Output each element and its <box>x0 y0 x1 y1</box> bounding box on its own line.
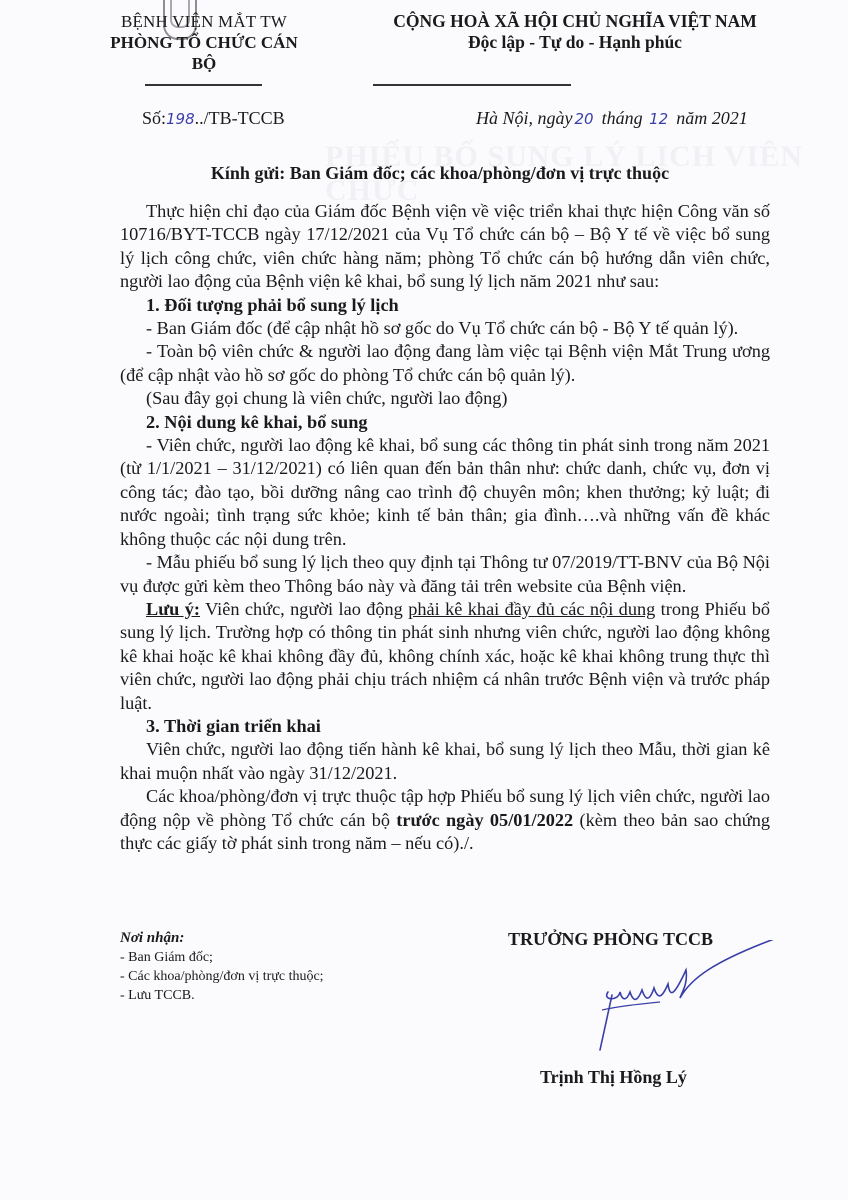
deadline-date: trước ngày 05/01/2022 <box>396 810 573 830</box>
org-line-1: BỆNH VIỆN MẮT TW <box>100 11 308 32</box>
note-emphasis: phải kê khai đầy đủ các nội dung <box>408 599 655 619</box>
date-day: 20 <box>575 110 594 128</box>
section-1-item: (Sau đây gọi chung là viên chức, người l… <box>120 387 770 410</box>
recipients-title: Nơi nhận: <box>120 929 324 948</box>
section-1-item: - Ban Giám đốc (để cập nhật hồ sơ gốc do… <box>120 317 770 340</box>
org-line-2: PHÒNG TỔ CHỨC CÁN BỘ <box>100 32 308 74</box>
section-2-item: - Viên chức, người lao động kê khai, bổ … <box>120 434 770 551</box>
date-line: Hà Nội, ngày20tháng 12năm 2021 <box>476 108 748 129</box>
section-3-heading: 3. Thời gian triển khai <box>120 715 770 738</box>
signature-icon <box>590 940 790 1060</box>
doc-number-prefix: Số: <box>142 108 166 128</box>
date-place: Hà Nội, ngày <box>476 108 573 128</box>
recipient-item: - Các khoa/phòng/đơn vị trực thuộc; <box>120 967 324 986</box>
issuing-org: BỆNH VIỆN MẮT TW PHÒNG TỔ CHỨC CÁN BỘ <box>100 11 308 74</box>
section-1-heading: 1. Đối tượng phải bổ sung lý lịch <box>120 294 770 317</box>
section-2-item: - Mẫu phiếu bổ sung lý lịch theo quy địn… <box>120 551 770 598</box>
national-motto: CỘNG HOÀ XÃ HỘI CHỦ NGHĨA VIỆT NAM Độc l… <box>345 11 805 53</box>
recipients-block: Nơi nhận: - Ban Giám đốc; - Các khoa/phò… <box>120 929 324 1005</box>
section-3-paragraph: Các khoa/phòng/đơn vị trực thuộc tập hợp… <box>120 785 770 855</box>
section-3-paragraph: Viên chức, người lao động tiến hành kê k… <box>120 738 770 785</box>
section-1-item: - Toàn bộ viên chức & người lao động đan… <box>120 340 770 387</box>
doc-number-suffix: ../TB-TCCB <box>195 108 285 128</box>
nation-line-2: Độc lập - Tự do - Hạnh phúc <box>345 32 805 53</box>
note-paragraph: Lưu ý: Viên chức, người lao động phải kê… <box>120 598 770 715</box>
date-month: 12 <box>649 110 668 128</box>
date-month-label: tháng <box>602 108 643 128</box>
intro-paragraph: Thực hiện chỉ đạo của Giám đốc Bệnh viện… <box>120 200 770 294</box>
org-divider <box>145 84 262 86</box>
recipient-item: - Lưu TCCB. <box>120 986 324 1005</box>
section-2-heading: 2. Nội dung kê khai, bổ sung <box>120 411 770 434</box>
note-label: Lưu ý: <box>146 599 200 619</box>
signer-name: Trịnh Thị Hồng Lý <box>540 1067 687 1088</box>
recipient-item: - Ban Giám đốc; <box>120 948 324 967</box>
motto-divider <box>373 84 571 86</box>
doc-number-handwritten: 198 <box>166 110 195 128</box>
document-number: Số:198../TB-TCCB <box>142 108 285 129</box>
document-body: Thực hiện chỉ đạo của Giám đốc Bệnh viện… <box>120 200 770 855</box>
note-text: Viên chức, người lao động <box>200 599 408 619</box>
nation-line-1: CỘNG HOÀ XÃ HỘI CHỦ NGHĨA VIỆT NAM <box>345 11 805 32</box>
date-year: năm 2021 <box>676 108 748 128</box>
salutation: Kính gửi: Ban Giám đốc; các khoa/phòng/đ… <box>100 163 780 184</box>
